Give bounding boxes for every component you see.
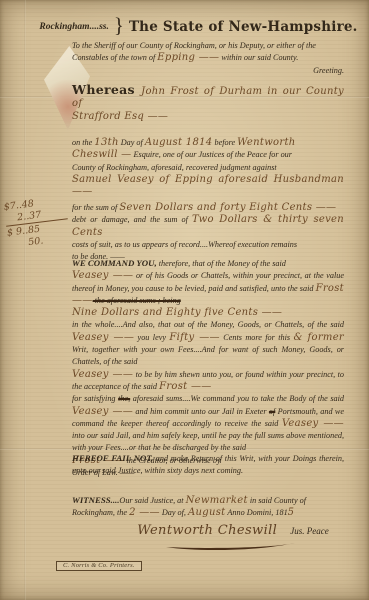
signature-title: Jus. Peace bbox=[290, 526, 328, 536]
printer-credit: C. Norris & Co. Printers. bbox=[56, 561, 142, 571]
printed-text: To the Sheriff of our County of Rockingh… bbox=[72, 41, 316, 50]
printed-text: the, bbox=[118, 394, 130, 403]
writ-of-execution-document: Rockingham....ss. } The State of New-Ham… bbox=[0, 0, 369, 600]
handwritten-text: Cheswill — bbox=[72, 149, 131, 160]
command-paragraph: WE COMMAND YOU, therefore, that of the M… bbox=[72, 257, 344, 479]
handwritten-text: Frost —— bbox=[159, 381, 211, 392]
handwritten-text: Epping —— bbox=[157, 52, 219, 63]
handwritten-text: Veasey —— bbox=[282, 418, 344, 429]
hereof-fail-not-paragraph: HEREOF FAIL NOT, and make Return of this… bbox=[72, 452, 344, 478]
handwritten-text: Veasey —— bbox=[72, 270, 133, 281]
sums-paragraph: for the sum of Seven Dollars and forty E… bbox=[72, 202, 344, 263]
handwritten-text: 5 bbox=[288, 507, 295, 518]
handwritten-text: Veasey —— bbox=[72, 406, 133, 417]
printed-text: within our said County. bbox=[219, 53, 298, 62]
whereas-paragraph: Whereas John Frost of Durham in our Coun… bbox=[72, 84, 344, 123]
printed-text: you levy bbox=[134, 333, 169, 342]
handwritten-text: Veasey —— bbox=[72, 369, 133, 380]
signature-block: Wentworth Cheswill Jus. Peace bbox=[118, 521, 348, 552]
printed-text: County of Rockingham, aforesaid, recover… bbox=[72, 163, 277, 172]
handwritten-text: Strafford Esq —— bbox=[72, 111, 168, 122]
printed-text: on the bbox=[72, 138, 94, 147]
printed-text: Day of bbox=[119, 138, 145, 147]
printed-text: Constables of the town of bbox=[72, 53, 157, 62]
signature-name: Wentworth Cheswill bbox=[137, 523, 277, 538]
greeting-text: Greeting. bbox=[72, 65, 344, 77]
handwritten-text: Samuel Veasey of Epping aforesaid Husban… bbox=[72, 174, 344, 197]
handwritten-text: Newmarket bbox=[186, 495, 248, 506]
handwritten-text: Seven Dollars and forty Eight Cents —— bbox=[119, 202, 336, 213]
printed-text: into our said Jail, and him safely keep,… bbox=[72, 431, 344, 452]
printed-text: in said County of bbox=[248, 496, 306, 505]
handwritten-text: August 1814 bbox=[145, 137, 213, 148]
printed-text: HEREOF FAIL NOT, bbox=[72, 453, 153, 463]
brace-glyph: } bbox=[114, 15, 124, 36]
signature-flourish bbox=[163, 540, 303, 552]
document-header: Rockingham....ss. } The State of New-Ham… bbox=[42, 16, 355, 37]
printed-text: Our said Justice, at bbox=[119, 496, 185, 505]
handwritten-text: Nine Dollars and Eighty five Cents —— bbox=[72, 307, 282, 318]
margin-calculation: $7..48 2..37 $ 9..85 50. bbox=[3, 194, 71, 251]
document-title: The State of New-Hampshire. bbox=[129, 19, 358, 35]
printed-text: Writ, together with your own Fees....And… bbox=[72, 345, 344, 366]
printed-text: and him commit unto our Jail in Exeter bbox=[133, 407, 269, 416]
printed-text: Day of, bbox=[160, 508, 188, 517]
handwritten-text: & former bbox=[293, 332, 344, 343]
handwritten-text: Veasey —— bbox=[72, 332, 134, 343]
printed-text: WE COMMAND YOU, bbox=[72, 258, 157, 268]
printed-text: the aforesaid sums ; being bbox=[93, 296, 181, 305]
handwritten-text: August bbox=[188, 507, 225, 518]
witness-paragraph: WITNESS....Our said Justice, at Newmarke… bbox=[72, 494, 344, 520]
printed-text: Rockingham, the bbox=[72, 508, 129, 517]
handwritten-text: 2 —— bbox=[129, 507, 160, 518]
address-paragraph: To the Sheriff of our County of Rockingh… bbox=[72, 40, 344, 77]
judgment-paragraph: on the 13th Day of August 1814 before We… bbox=[72, 137, 344, 198]
printed-text: Esquire, one of our Justices of the Peac… bbox=[131, 150, 291, 159]
fold-crease-vertical bbox=[24, 0, 26, 600]
printed-text: aforesaid sums....We command you to take… bbox=[130, 394, 344, 403]
handwritten-text: Fifty —— bbox=[169, 332, 219, 343]
printed-text: Cents more for this bbox=[220, 333, 294, 342]
handwritten-text: 13th bbox=[94, 137, 118, 148]
printed-text: WITNESS.... bbox=[72, 495, 119, 505]
printed-text: debt or damage, and the sum of bbox=[72, 215, 192, 224]
printed-text: for the sum of bbox=[72, 203, 119, 212]
printed-text: in the whole....And also, that out of th… bbox=[72, 320, 344, 329]
handwritten-text: Wentworth bbox=[237, 137, 295, 148]
printed-text: Anno Domini, 181 bbox=[226, 508, 288, 517]
printed-text: before bbox=[212, 138, 237, 147]
county-label: Rockingham....ss. bbox=[39, 22, 108, 32]
printed-text: costs of suit, as to us appears of recor… bbox=[72, 240, 297, 249]
printed-text: for satisfying bbox=[72, 394, 118, 403]
printed-text: Whereas bbox=[72, 82, 141, 97]
address-text: To the Sheriff of our County of Rockingh… bbox=[72, 40, 344, 65]
printed-text: therefore, that of the Money of the said bbox=[157, 259, 286, 268]
